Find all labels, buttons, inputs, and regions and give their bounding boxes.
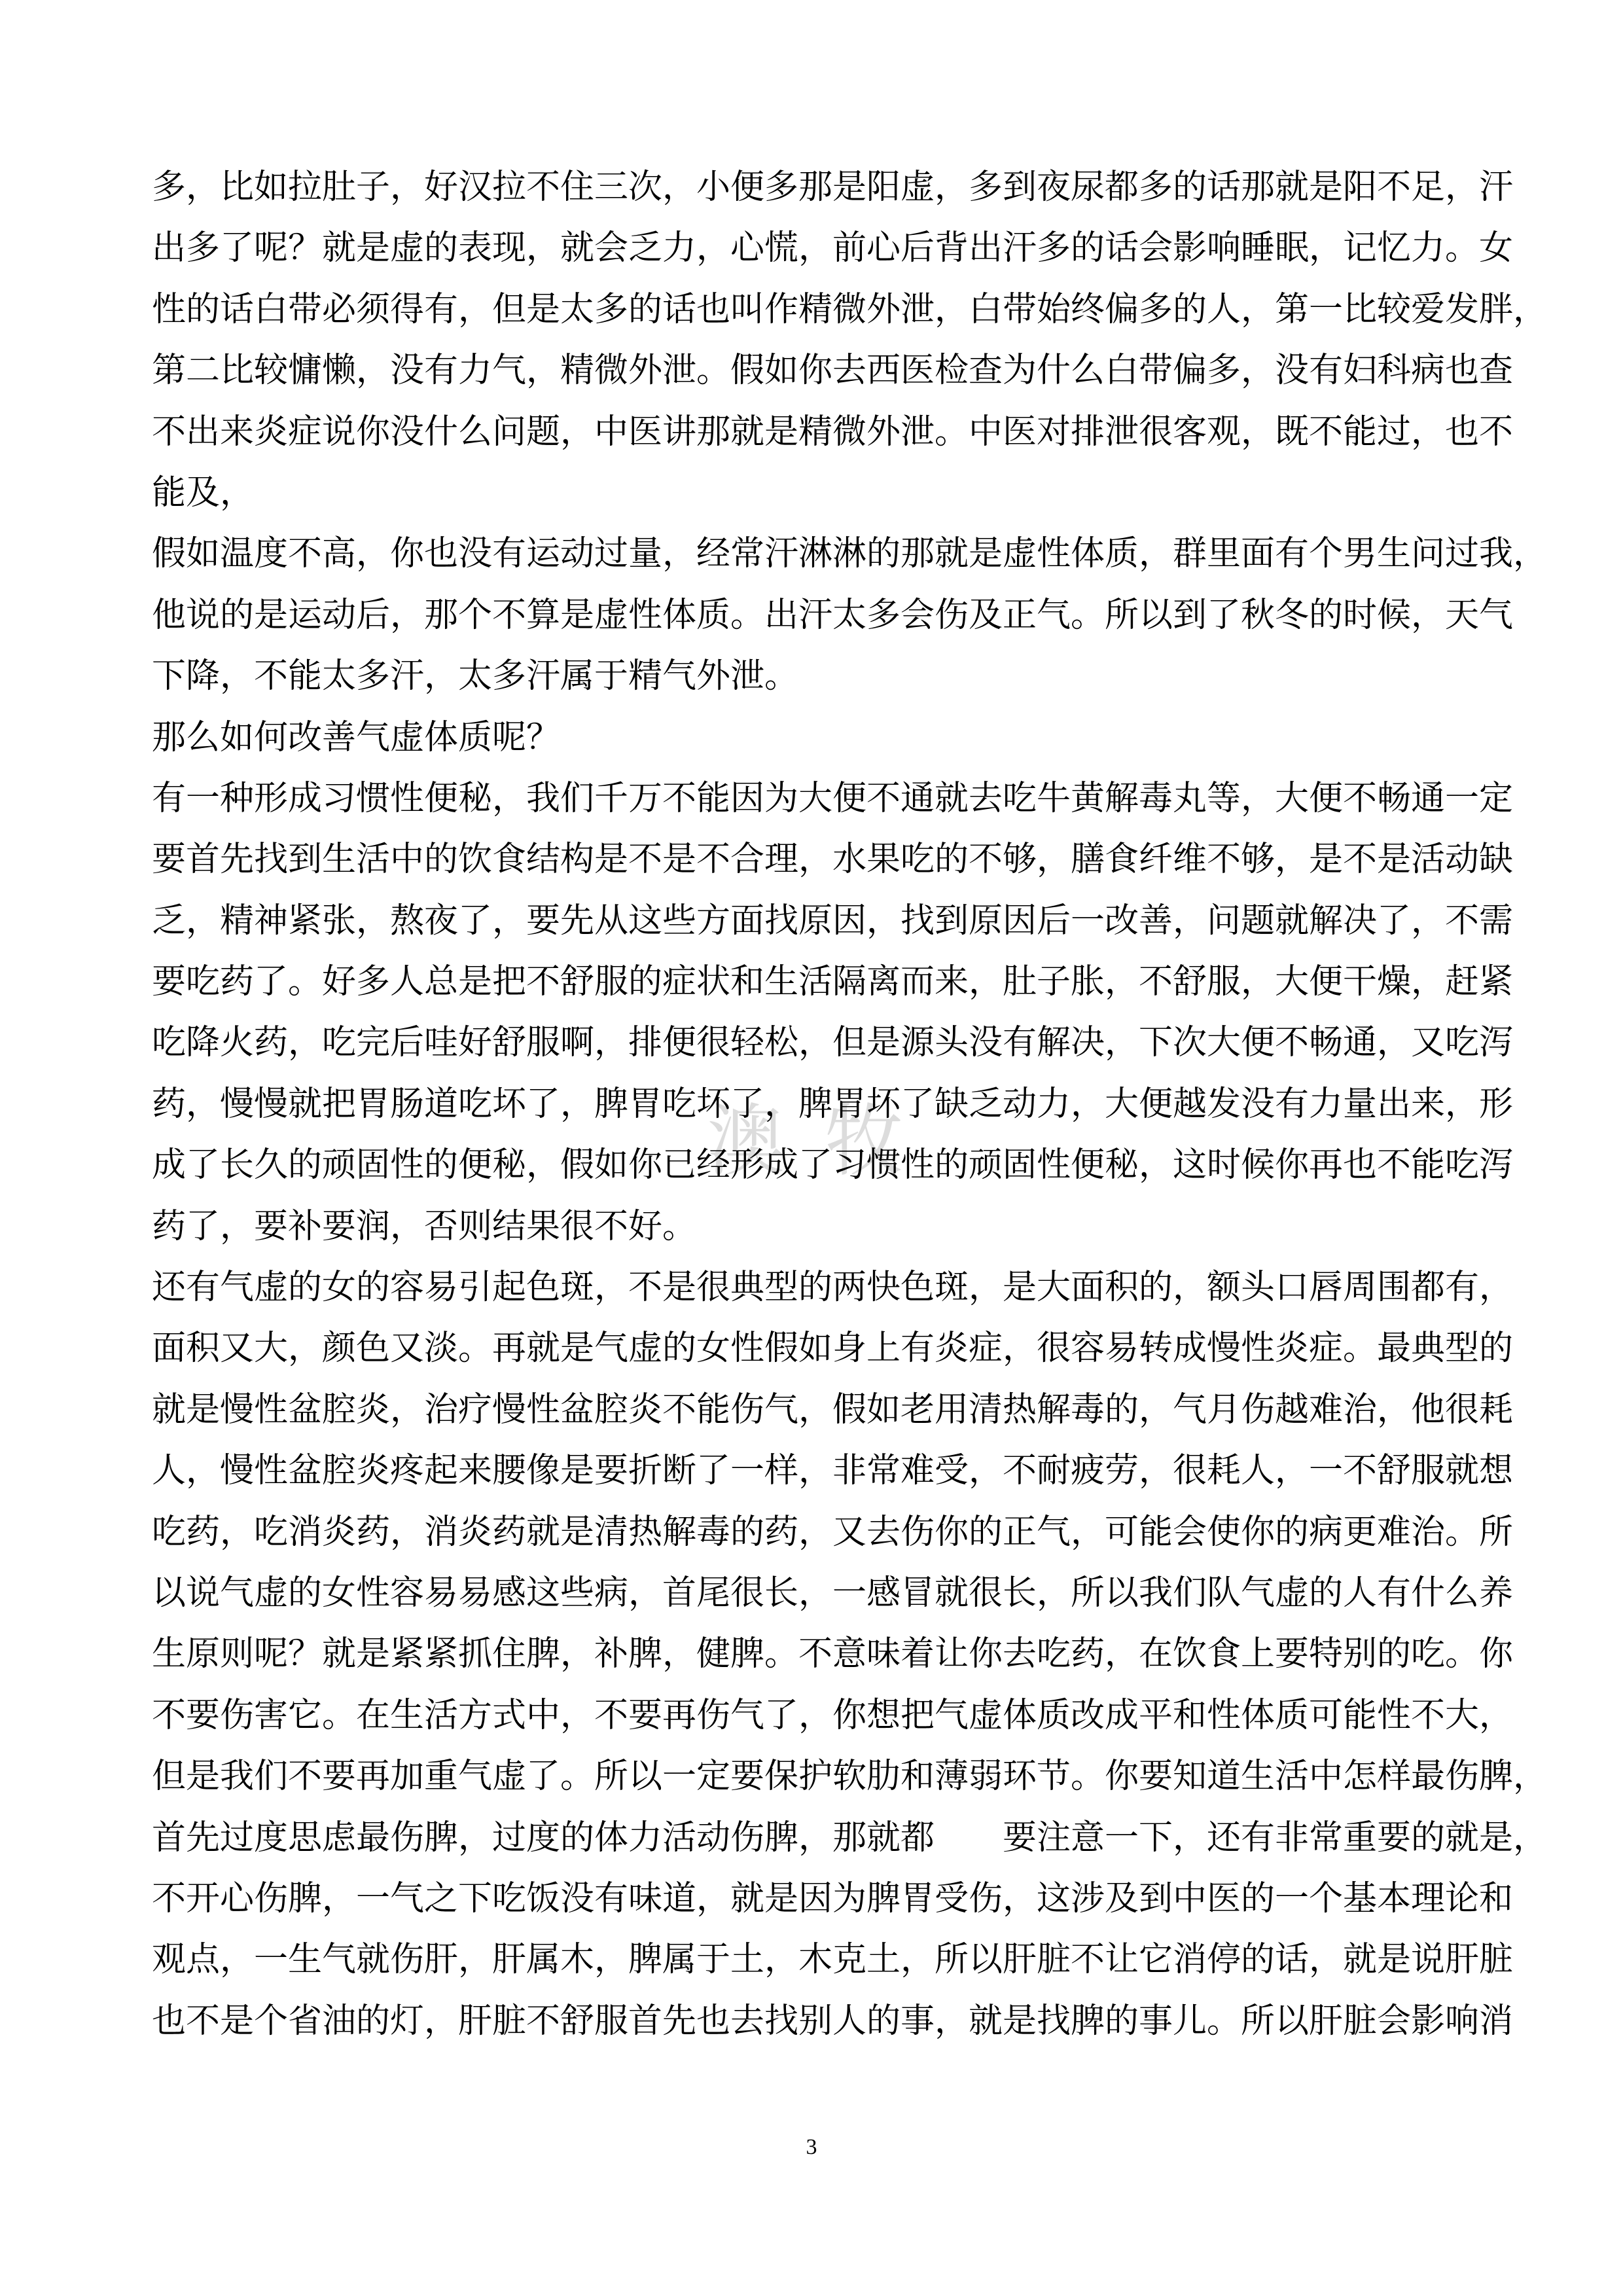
text-line: 第二比较慵懒，没有力气，精微外泄。假如你去西医检查为什么白带偏多，没有妇科病也查	[152, 340, 1472, 401]
text-line: 但是我们不要再加重气虚了。所以一定要保护软肋和薄弱环节。你要知道生活中怎样最伤脾…	[152, 1746, 1472, 1807]
document-body: 多，比如拉肚子，好汉拉不住三次，小便多那是阳虚，多到夜尿都多的话那就是阳不足，汗…	[152, 157, 1472, 2052]
text-line: 不要伤害它。在生活方式中，不要再伤气了，你想把气虚体质改成平和性体质可能性不大，	[152, 1685, 1472, 1746]
text-line: 药，慢慢就把胃肠道吃坏了，脾胃吃坏了，脾胃坏了缺乏动力，大便越发没有力量出来，形	[152, 1074, 1472, 1135]
text-line: 他说的是运动后，那个不算是虚性体质。出汗太多会伤及正气。所以到了秋冬的时候，天气	[152, 585, 1472, 646]
text-line: 吃降火药，吃完后哇好舒服啊，排便很轻松，但是源头没有解决，下次大便不畅通，又吃泻	[152, 1013, 1472, 1073]
text-line: 要首先找到生活中的饮食结构是不是不合理，水果吃的不够，膳食纤维不够，是不是活动缺	[152, 829, 1472, 890]
text-line: 有一种形成习惯性便秘，我们千万不能因为大便不通就去吃牛黄解毒丸等，大便不畅通一定	[152, 768, 1472, 829]
text-line: 人，慢性盆腔炎疼起来腰像是要折断了一样，非常难受，不耐疲劳，很耗人，一不舒服就想	[152, 1441, 1472, 1501]
text-line: 生原则呢？就是紧紧抓住脾，补脾，健脾。不意味着让你去吃药，在饮食上要特别的吃。你	[152, 1624, 1472, 1685]
text-line: 能及，	[152, 463, 1472, 524]
text-line: 要吃药了。好多人总是把不舒服的症状和生活隔离而来，肚子胀，不舒服，大便干燥，赶紧	[152, 952, 1472, 1013]
document-page: 澳牧 多，比如拉肚子，好汉拉不住三次，小便多那是阳虚，多到夜尿都多的话那就是阳不…	[0, 0, 1623, 2296]
text-line: 多，比如拉肚子，好汉拉不住三次，小便多那是阳虚，多到夜尿都多的话那就是阳不足，汗	[152, 157, 1472, 218]
text-line: 首先过度思虑最伤脾，过度的体力活动伤脾，那就都 要注意一下，还有非常重要的就是，	[152, 1808, 1472, 1869]
text-line: 也不是个省油的灯，肝脏不舒服首先也去找别人的事，就是找脾的事儿。所以肝脏会影响消	[152, 1991, 1472, 2052]
text-line: 就是慢性盆腔炎，治疗慢性盆腔炎不能伤气，假如老用清热解毒的，气月伤越难治，他很耗	[152, 1380, 1472, 1441]
text-line: 不开心伤脾，一气之下吃饭没有味道，就是因为脾胃受伤，这涉及到中医的一个基本理论和	[152, 1869, 1472, 1929]
text-line: 以说气虚的女性容易易感这些病，首尾很长，一感冒就很长，所以我们队气虚的人有什么养	[152, 1563, 1472, 1624]
section-heading: 那么如何改善气虚体质呢？	[152, 708, 1472, 768]
text-line: 出多了呢？就是虚的表现，就会乏力，心慌，前心后背出汗多的话会影响睡眠，记忆力。女	[152, 218, 1472, 279]
text-line: 假如温度不高，你也没有运动过量，经常汗淋淋的那就是虚性体质，群里面有个男生问过我…	[152, 524, 1472, 584]
text-line: 性的话白带必须得有，但是太多的话也叫作精微外泄，白带始终偏多的人，第一比较爱发胖…	[152, 279, 1472, 340]
text-line: 面积又大，颜色又淡。再就是气虚的女性假如身上有炎症，很容易转成慢性炎症。最典型的	[152, 1318, 1472, 1379]
text-line: 不出来炎症说你没什么问题，中医讲那就是精微外泄。中医对排泄很客观，既不能过，也不	[152, 402, 1472, 463]
text-line: 还有气虚的女的容易引起色斑，不是很典型的两快色斑，是大面积的，额头口唇周围都有，	[152, 1257, 1472, 1318]
text-line: 乏，精神紧张，熬夜了，要先从这些方面找原因，找到原因后一改善，问题就解决了，不需	[152, 891, 1472, 952]
text-line: 观点，一生气就伤肝，肝属木，脾属于土，木克土，所以肝脏不让它消停的话，就是说肝脏	[152, 1929, 1472, 1990]
text-line: 药了，要补要润，否则结果很不好。	[152, 1196, 1472, 1257]
page-number: 3	[0, 2135, 1623, 2160]
text-line: 成了长久的顽固性的便秘，假如你已经形成了习惯性的顽固性便秘，这时候你再也不能吃泻	[152, 1135, 1472, 1196]
text-line: 吃药，吃消炎药，消炎药就是清热解毒的药，又去伤你的正气，可能会使你的病更难治。所	[152, 1502, 1472, 1563]
text-line: 下降，不能太多汗，太多汗属于精气外泄。	[152, 646, 1472, 707]
